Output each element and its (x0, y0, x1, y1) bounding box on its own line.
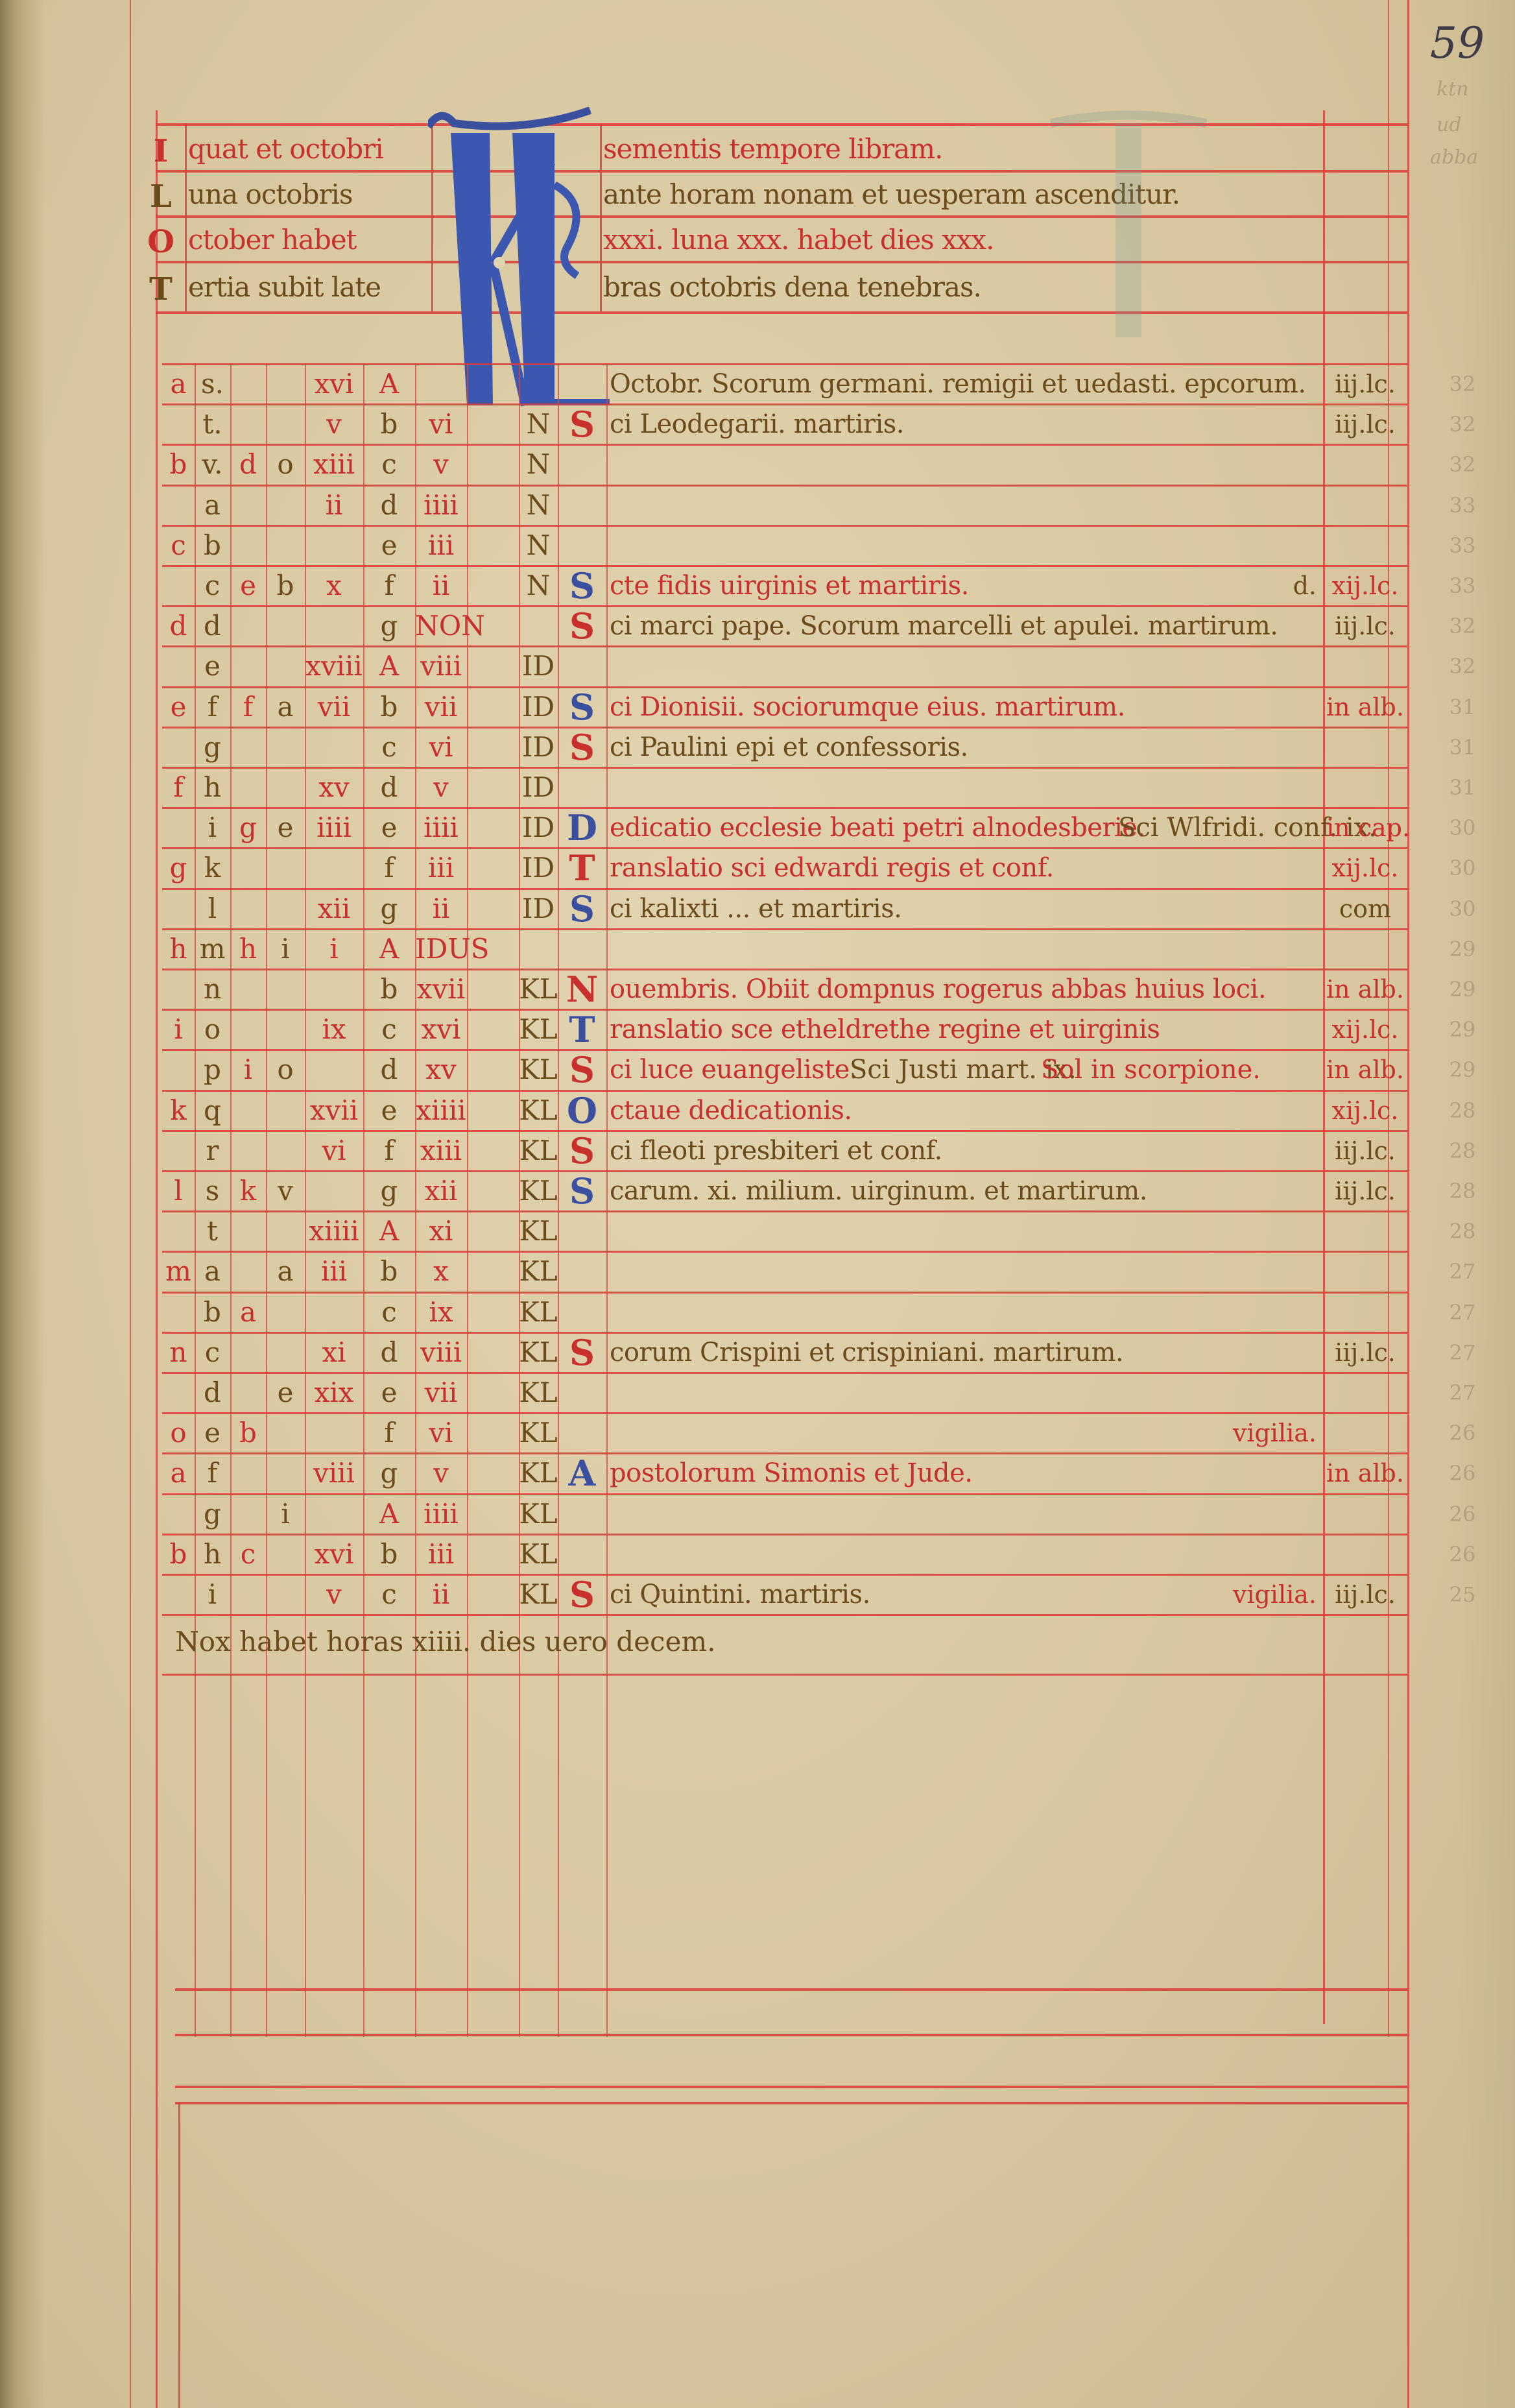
liturgical-grade: com (1326, 891, 1404, 927)
calendar-row: lskvgxiiKLScarum. xi. milium. uirginum. … (162, 1170, 1407, 1210)
roman-date: IDUS (415, 931, 467, 967)
week-letter: d (363, 1334, 415, 1371)
week-letter: g (363, 1455, 415, 1491)
week-letter: e (363, 1092, 415, 1129)
kalends-marker: KL (519, 1375, 558, 1411)
dominical-letter: l (195, 891, 230, 927)
roman-date: v (415, 1455, 467, 1491)
feast-initial (558, 446, 606, 483)
vigil-note (1148, 850, 1317, 886)
dominical-letter: h (195, 1536, 230, 1572)
roman-date: xv (415, 1052, 467, 1088)
liturgical-grade (1326, 487, 1404, 524)
rule (156, 123, 1407, 126)
golden-number: e (162, 689, 195, 725)
dominical-letter: q (195, 1092, 230, 1129)
lunar-number: xix (305, 1375, 363, 1411)
kalends-marker: KL (519, 1052, 558, 1088)
margin-number: 27 (1424, 1334, 1501, 1371)
cycle-letter-a (230, 769, 266, 806)
cycle-letter-a: a (230, 1294, 266, 1330)
liturgical-grade: xij.lc. (1326, 850, 1404, 886)
roman-date: xiii (415, 1133, 467, 1169)
golden-number: f (162, 769, 195, 806)
feast-initial (558, 1496, 606, 1532)
dominical-letter: v. (195, 446, 230, 483)
week-letter: A (363, 1496, 415, 1532)
vigil-note (1148, 1334, 1317, 1371)
golden-number (162, 1213, 195, 1249)
kalends-marker: ID (519, 850, 558, 886)
margin-number: 28 (1424, 1213, 1501, 1249)
folio-number: 59 (1430, 18, 1485, 68)
liturgical-grade: iij.lc. (1326, 1334, 1404, 1371)
kalends-marker: ID (519, 810, 558, 846)
lunar-number (305, 1173, 363, 1209)
kalends-marker: KL (519, 1173, 558, 1209)
vigil-note (1148, 487, 1317, 524)
roman-date: ii (415, 891, 467, 927)
rule (162, 1614, 1407, 1616)
golden-number (162, 648, 195, 684)
lunar-number: viii (305, 1455, 363, 1491)
liturgical-grade (1326, 1496, 1404, 1532)
rule (175, 2034, 1407, 2036)
feast-initial (558, 1253, 606, 1290)
margin-number: 32 (1424, 366, 1501, 402)
cycle-letter-b (266, 1536, 305, 1572)
roman-date: iiii (415, 487, 467, 524)
vigil-note (1148, 1173, 1317, 1209)
cycle-letter-b (266, 1133, 305, 1169)
dominical-letter: s. (195, 366, 230, 402)
week-letter: d (363, 487, 415, 524)
kalends-marker: KL (519, 1253, 558, 1290)
cycle-letter-b (266, 487, 305, 524)
dominical-letter: a (195, 1253, 230, 1290)
lunar-number: x (305, 568, 363, 604)
liturgical-grade (1326, 931, 1404, 967)
liturgical-grade (1326, 1294, 1404, 1330)
lunar-number (305, 1294, 363, 1330)
calendar-row: afviiigvKLApostolorum Simonis et Jude.in… (162, 1452, 1407, 1493)
dominical-letter: g (195, 729, 230, 765)
dominical-letter: a (195, 487, 230, 524)
kalends-marker: N (519, 527, 558, 564)
cycle-letter-a (230, 648, 266, 684)
kalends-marker: KL (519, 1011, 558, 1048)
cycle-letter-a: i (230, 1052, 266, 1088)
lunar-number: xviii (305, 648, 363, 684)
cycle-letter-a: b (230, 1415, 266, 1451)
golden-number (162, 1052, 195, 1088)
vigil-note (1148, 1536, 1317, 1572)
margin-number: 32 (1424, 406, 1501, 442)
cycle-letter-a: e (230, 568, 266, 604)
roman-date: iii (415, 527, 467, 564)
golden-number: a (162, 366, 195, 402)
vigil-note (1148, 1011, 1317, 1048)
week-letter: e (363, 527, 415, 564)
vigil-note (1148, 971, 1317, 1007)
liturgical-grade (1326, 1536, 1404, 1572)
dominical-letter: r (195, 1133, 230, 1169)
feast-initial (558, 527, 606, 564)
feast-initial: S (558, 1576, 606, 1613)
margin-number: 30 (1424, 891, 1501, 927)
feast-initial: S (558, 1133, 606, 1169)
golden-number (162, 1375, 195, 1411)
cycle-letter-b: e (266, 810, 305, 846)
lunar-number: xii (305, 891, 363, 927)
lunar-number: xv (305, 769, 363, 806)
calendar-row: bv.doxiiicvN32 (162, 444, 1407, 484)
rule (156, 215, 1407, 218)
week-letter: A (363, 931, 415, 967)
roman-date: v (415, 769, 467, 806)
verse-initial-3: O (147, 224, 175, 260)
golden-number (162, 406, 195, 442)
golden-number: l (162, 1173, 195, 1209)
margin-number: 26 (1424, 1496, 1501, 1532)
vigil-note (1148, 891, 1317, 927)
roman-date: xvi (415, 1011, 467, 1048)
cycle-letter-b: i (266, 931, 305, 967)
dominical-letter: t (195, 1213, 230, 1249)
liturgical-grade (1326, 446, 1404, 483)
roman-date: ix (415, 1294, 467, 1330)
golden-number: k (162, 1092, 195, 1129)
cycle-letter-b (266, 648, 305, 684)
roman-date: ii (415, 1576, 467, 1613)
cycle-letter-b (266, 769, 305, 806)
rule (156, 261, 1407, 263)
cycle-letter-b: a (266, 689, 305, 725)
roman-date: iiii (415, 810, 467, 846)
golden-number (162, 891, 195, 927)
liturgical-grade (1326, 527, 1404, 564)
dominical-letter: e (195, 1415, 230, 1451)
feast-initial: S (558, 891, 606, 927)
verse-left-3: ctober habet (188, 224, 357, 256)
dominical-letter: i (195, 1576, 230, 1613)
feast-initial: S (558, 689, 606, 725)
roman-date: xi (415, 1213, 467, 1249)
golden-number (162, 487, 195, 524)
frame-left (156, 110, 158, 2408)
margin-number: 33 (1424, 568, 1501, 604)
week-letter: g (363, 891, 415, 927)
rule (178, 2102, 180, 2408)
vigil-note (1148, 810, 1317, 846)
margin-number: 27 (1424, 1375, 1501, 1411)
dominical-letter: c (195, 568, 230, 604)
dominical-letter: s (195, 1173, 230, 1209)
margin-number: 26 (1424, 1455, 1501, 1491)
feast-initial (558, 1213, 606, 1249)
week-letter: b (363, 689, 415, 725)
margin-number: 26 (1424, 1415, 1501, 1451)
cycle-letter-a (230, 971, 266, 1007)
margin-number: 25 (1424, 1576, 1501, 1613)
feast-initial: S (558, 729, 606, 765)
week-letter: e (363, 810, 415, 846)
vigil-note (1148, 1092, 1317, 1129)
rule (156, 311, 1407, 314)
kalends-marker: KL (519, 1294, 558, 1330)
margin-number: 28 (1424, 1133, 1501, 1169)
liturgical-grade (1326, 648, 1404, 684)
calendar-row: kqxviiexiiiiKLOctaue dedicationis.xij.lc… (162, 1090, 1407, 1130)
margin-number: 27 (1424, 1253, 1501, 1290)
lunar-number: iii (305, 1253, 363, 1290)
week-letter: d (363, 1052, 415, 1088)
lunar-number: iiii (305, 810, 363, 846)
feast-initial: S (558, 608, 606, 644)
verse-left-4: ertia subit late (188, 271, 381, 303)
week-letter: f (363, 1415, 415, 1451)
calendar-row: ncxidviiiKLScorum Crispini et crispinian… (162, 1332, 1407, 1372)
lunar-number (305, 729, 363, 765)
kalends-marker: N (519, 406, 558, 442)
cycle-letter-a (230, 1576, 266, 1613)
kalends-marker: N (519, 446, 558, 483)
cycle-letter-b (266, 971, 305, 1007)
dominical-letter: k (195, 850, 230, 886)
vigil-note (1148, 1052, 1317, 1088)
feast-initial: T (558, 1011, 606, 1048)
week-letter: c (363, 1294, 415, 1330)
cycle-letter-a (230, 1011, 266, 1048)
roman-date: xvii (415, 971, 467, 1007)
outer-ruling-left (130, 0, 131, 2408)
binding-gutter (0, 0, 45, 2408)
kalends-marker (519, 608, 558, 644)
margin-note-1: ktn (1437, 78, 1469, 101)
kalends-marker (519, 366, 558, 402)
rule (162, 1674, 1407, 1676)
feast-initial (558, 366, 606, 402)
cycle-letter-a: g (230, 810, 266, 846)
feast-initial (558, 1375, 606, 1411)
vigil-note (1148, 1294, 1317, 1330)
vigil-note (1148, 608, 1317, 644)
vigil-note (1148, 1253, 1317, 1290)
cycle-letter-b (266, 608, 305, 644)
dominical-letter: t. (195, 406, 230, 442)
roman-date: vii (415, 1375, 467, 1411)
closing-note: Nox habet horas xiiii. dies uero decem. (175, 1626, 716, 1657)
cycle-letter-a (230, 487, 266, 524)
margin-number: 33 (1424, 487, 1501, 524)
cycle-letter-a (230, 1455, 266, 1491)
cycle-letter-a: f (230, 689, 266, 725)
cycle-letter-b (266, 891, 305, 927)
lunar-number: v (305, 406, 363, 442)
week-letter: A (363, 648, 415, 684)
lunar-number: xiii (305, 446, 363, 483)
cycle-letter-b (266, 1455, 305, 1491)
lunar-number (305, 850, 363, 886)
cycle-letter-b (266, 1334, 305, 1371)
calendar-row: rvifxiiiKLSci fleoti presbiteri et conf.… (162, 1130, 1407, 1170)
lunar-number: xvi (305, 366, 363, 402)
cycle-letter-a (230, 850, 266, 886)
cycle-letter-b: o (266, 446, 305, 483)
kalends-marker: ID (519, 769, 558, 806)
golden-number: n (162, 1334, 195, 1371)
vigil-note (1148, 648, 1317, 684)
verse-left-2: una octobris (188, 178, 352, 210)
roman-date: vi (415, 729, 467, 765)
feast-initial (558, 1294, 606, 1330)
calendar-row: ddgNONSci marci pape. Scorum marcelli et… (162, 605, 1407, 645)
vigil-note (1148, 1375, 1317, 1411)
kalends-marker: KL (519, 1496, 558, 1532)
week-letter: f (363, 850, 415, 886)
frame-right (1407, 0, 1409, 2408)
calendar-row: oebfviKLvigilia.26 (162, 1412, 1407, 1452)
margin-note-2: ud (1437, 114, 1462, 136)
cycle-letter-b (266, 1294, 305, 1330)
dominical-letter: f (195, 689, 230, 725)
week-letter: d (363, 769, 415, 806)
cycle-letter-b (266, 850, 305, 886)
cycle-letter-a: d (230, 446, 266, 483)
cycle-letter-b (266, 729, 305, 765)
lunar-number (305, 1052, 363, 1088)
roman-date: vii (415, 689, 467, 725)
calendar-row: giAiiiiKL26 (162, 1493, 1407, 1534)
kalends-marker: KL (519, 1133, 558, 1169)
kalends-marker: KL (519, 1576, 558, 1613)
calendar-row: gcviIDSci Paulini epi et confessoris.31 (162, 727, 1407, 767)
cycle-letter-b: a (266, 1253, 305, 1290)
roman-date: NON (415, 608, 467, 644)
margin-number: 29 (1424, 931, 1501, 967)
calendar-row: dexixeviiKL27 (162, 1372, 1407, 1412)
kalends-marker: KL (519, 1415, 558, 1451)
cycle-letter-a: h (230, 931, 266, 967)
margin-number: 32 (1424, 648, 1501, 684)
cycle-letter-b (266, 366, 305, 402)
cycle-letter-a (230, 406, 266, 442)
dominical-letter: f (195, 1455, 230, 1491)
lunar-number: ii (305, 487, 363, 524)
verse-right-3: xxxi. luna xxx. habet dies xxx. (603, 224, 994, 256)
feast-initial: T (558, 850, 606, 886)
feast-initial (558, 487, 606, 524)
vigil-note (1148, 527, 1317, 564)
cycle-letter-a (230, 366, 266, 402)
rule (175, 2102, 1407, 2104)
calendar-row: igeiiiieiiiiIDDedicatio ecclesie beati p… (162, 807, 1407, 847)
cycle-letter-a (230, 891, 266, 927)
lunar-number (305, 608, 363, 644)
calendar-row: gkfiiiIDTranslatio sci edwardi regis et … (162, 847, 1407, 887)
kalends-marker: N (519, 487, 558, 524)
feast-initial (558, 1415, 606, 1451)
margin-number: 30 (1424, 810, 1501, 846)
roman-date: vi (415, 406, 467, 442)
roman-date: iiii (415, 1496, 467, 1532)
golden-number: m (162, 1253, 195, 1290)
golden-number (162, 1294, 195, 1330)
cycle-letter-b (266, 1011, 305, 1048)
lunar-number: xi (305, 1334, 363, 1371)
cycle-letter-b (266, 406, 305, 442)
roman-date: ii (415, 568, 467, 604)
verse-initial-4: T (147, 271, 175, 307)
feast-initial (558, 931, 606, 967)
dominical-letter: b (195, 1294, 230, 1330)
feast-initial: A (558, 1455, 606, 1491)
feast-initial: O (558, 1092, 606, 1129)
cycle-letter-b (266, 527, 305, 564)
liturgical-grade: iij.lc. (1326, 608, 1404, 644)
golden-number: o (162, 1415, 195, 1451)
margin-number: 32 (1424, 608, 1501, 644)
cycle-letter-b (266, 1576, 305, 1613)
dominical-letter: c (195, 1334, 230, 1371)
golden-number (162, 810, 195, 846)
calendar-row: as.xviAOctobr. Scorum germani. remigii e… (162, 363, 1407, 403)
calendar-row: ioixcxviKLTranslatio sce etheldrethe reg… (162, 1009, 1407, 1049)
margin-number: 33 (1424, 527, 1501, 564)
dominical-letter: n (195, 971, 230, 1007)
lunar-number: xvi (305, 1536, 363, 1572)
feast-initial: S (558, 406, 606, 442)
calendar-row: piodxvKLSci luce euangeliste.Sci Justi m… (162, 1049, 1407, 1089)
lunar-number: v (305, 1576, 363, 1613)
cycle-letter-b (266, 1092, 305, 1129)
show-through-initial (1038, 110, 1219, 344)
lunar-number: xiiii (305, 1213, 363, 1249)
kalends-marker: ID (519, 648, 558, 684)
liturgical-grade (1326, 729, 1404, 765)
liturgical-grade (1326, 1415, 1404, 1451)
liturgical-grade: iij.lc. (1326, 1173, 1404, 1209)
golden-number (162, 1496, 195, 1532)
lunar-number (305, 1496, 363, 1532)
liturgical-grade: iij.lc. (1326, 366, 1404, 402)
feast-initial (558, 769, 606, 806)
kalends-marker (519, 931, 558, 967)
kalends-marker: KL (519, 1536, 558, 1572)
liturgical-grade: iij.lc. (1326, 1576, 1404, 1613)
calendar-row: cebxfiiNScte fidis uirginis et martiris.… (162, 565, 1407, 605)
week-letter: b (363, 1536, 415, 1572)
feast-initial: S (558, 1334, 606, 1371)
liturgical-grade: xij.lc. (1326, 1092, 1404, 1129)
feast-initial: S (558, 568, 606, 604)
golden-number: h (162, 931, 195, 967)
cycle-letter-a (230, 1133, 266, 1169)
verse-initial-2: L (147, 178, 175, 215)
calendar-row: cbeiiiN33 (162, 525, 1407, 565)
cycle-letter-b: o (266, 1052, 305, 1088)
calendar-row: txiiiiAxiKL28 (162, 1210, 1407, 1251)
week-letter: b (363, 971, 415, 1007)
vigil-note (1148, 406, 1317, 442)
vigil-note (1148, 729, 1317, 765)
feast-initial: S (558, 1052, 606, 1088)
vigil-note: d. (1148, 568, 1317, 604)
vigil-note (1148, 689, 1317, 725)
golden-number (162, 1133, 195, 1169)
dominical-letter: g (195, 1496, 230, 1532)
week-letter: f (363, 568, 415, 604)
